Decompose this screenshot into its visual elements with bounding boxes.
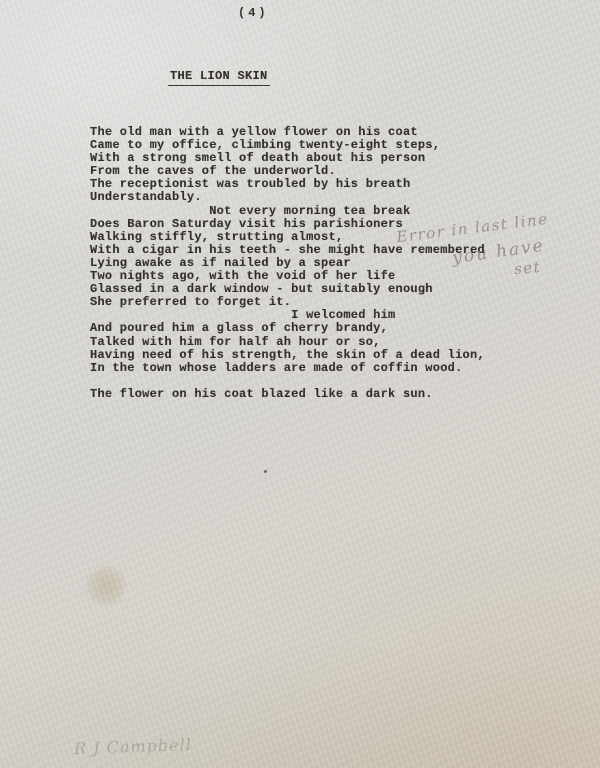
page-number: (4) (238, 6, 269, 20)
manuscript-page: (4) THE LION SKIN The old man with a yel… (0, 0, 600, 768)
poem-title: THE LION SKIN (168, 69, 270, 86)
paper-speck (264, 470, 267, 473)
poem-line: Talked with him for half ah hour or so, (90, 336, 485, 349)
poem-line: Not every morning tea break (90, 205, 485, 218)
poem-line: Understandably. (90, 191, 485, 204)
poem-line: In the town whose ladders are made of co… (90, 362, 485, 375)
poem-line: Walking stiffly, strutting almost, (90, 231, 485, 244)
poem-line: Does Baron Saturday visit his parishione… (90, 218, 485, 231)
paper-stain (84, 566, 128, 606)
poem-line: Having need of his strength, the skin of… (90, 349, 485, 362)
pencil-signature: R J Campbell (74, 735, 192, 758)
poem-line (90, 375, 485, 388)
margin-note-line3: set (513, 258, 542, 278)
poem-line: The flower on his coat blazed like a dar… (90, 388, 485, 401)
poem-line: With a cigar in his teeth - she might ha… (90, 244, 485, 257)
poem-lines: The old man with a yellow flower on his … (90, 126, 485, 401)
poem-line: And poured him a glass of cherry brandy, (90, 322, 485, 335)
